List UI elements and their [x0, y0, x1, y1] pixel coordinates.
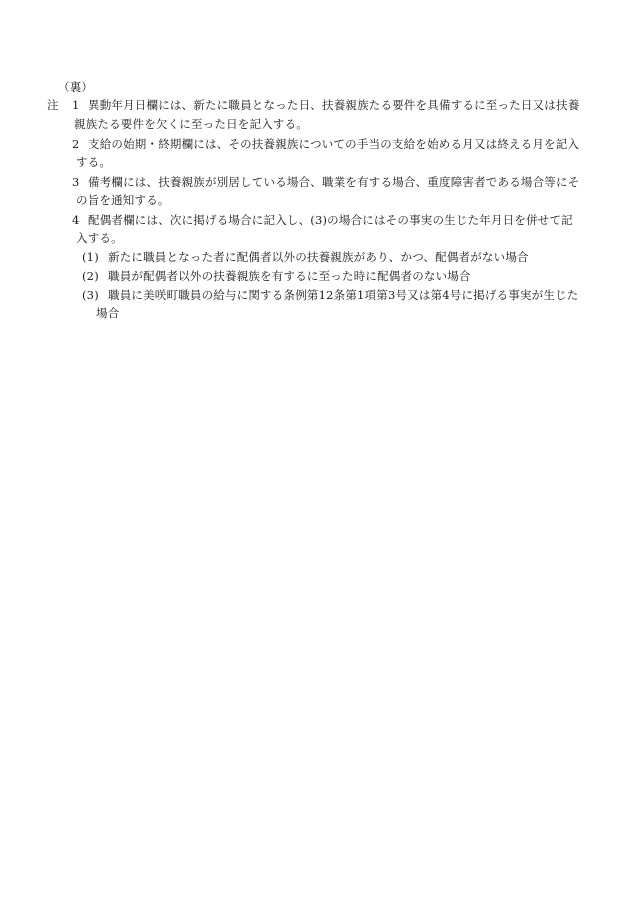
sub-item-2-number: (2) [82, 269, 99, 283]
note-2-text: 支給の始期・終期欄には、その扶養親族についての手当の支給を始める月又は終える月を… [88, 137, 579, 151]
note-1-text: 異動年月日欄には、新たに職員となった日、扶養親族たる要件を具備するに至った日又は… [88, 98, 579, 112]
note-2-text-cont: する。 [76, 155, 111, 169]
note-3-text: 備考欄には、扶養親族が別居している場合、職業を有する場合、重度障害者である場合等… [88, 175, 579, 189]
note-1-number: 1 [72, 98, 80, 112]
sub-item-3-number: (3) [82, 288, 99, 302]
note-3-number: 3 [72, 175, 80, 189]
sub-item-3-text-cont: 場合 [96, 306, 119, 320]
note-1-text-cont: 親族たる要件を欠くに至った日を記入する。 [74, 117, 308, 131]
note-4-text: 配偶者欄には、次に掲げる場合に記入し、(3)の場合にはその事実の生じた年月日を併… [88, 213, 573, 227]
side-label: （裏） [58, 80, 93, 94]
sub-item-1-text: 新たに職員となった者に配偶者以外の扶養親族があり、かつ、配偶者がない場合 [108, 250, 529, 264]
sub-item-1-number: (1) [82, 250, 99, 264]
sub-item-2-text: 職員が配偶者以外の扶養親族を有するに至った時に配偶者のない場合 [108, 269, 471, 283]
note-4-number: 4 [72, 213, 80, 227]
sub-item-3-text: 職員に美咲町職員の給与に関する条例第12条第1項第3号又は第4号に掲げる事実が生… [108, 288, 578, 302]
note-2-number: 2 [72, 137, 80, 151]
note-3-text-cont: の旨を通知する。 [76, 193, 170, 207]
note-4-text-cont: 入する。 [76, 231, 123, 245]
notes-label: 注 [47, 98, 59, 112]
